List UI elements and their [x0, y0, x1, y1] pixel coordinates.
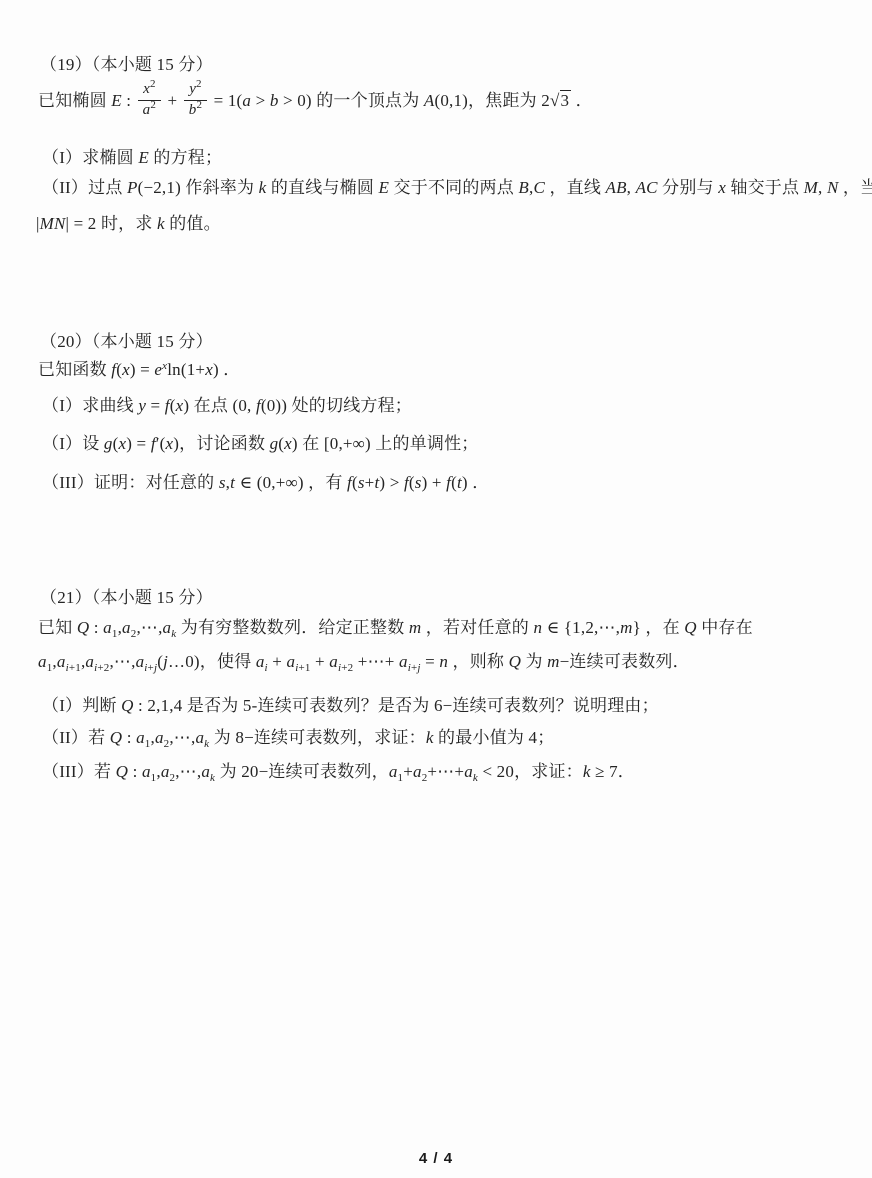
page-number: 4 / 4 [0, 1150, 872, 1167]
problem-20-statement: 已知函数 f(x) = exln(1+x) ． [38, 358, 240, 383]
problem-20-part-2: （I）设 g(x) = f′(x)，讨论函数 g(x) 在 [0,+∞) 上的单… [42, 432, 479, 457]
exam-page: （19）（本小题 15 分） 已知椭圆 E : x2a2 + y2b2 = 1(… [0, 0, 872, 1178]
problem-21-statement-line-1: 已知 Q : a1,a2,⋯,ak 为有穷整数数列．给定正整数 m ，若对任意的… [38, 616, 753, 641]
problem-21-part-3: （III）若 Q : a1,a2,⋯,ak 为 20−连续可表数列，a1+a2+… [42, 760, 635, 785]
problem-19-part-1: （I）求椭圆 E 的方程； [42, 146, 222, 171]
problem-21-header: （21）（本小题 15 分） [40, 586, 213, 611]
problem-21-statement-line-2: a1,ai+1,ai+2,⋯,ai+j(j…0)，使得 ai + ai+1 + … [38, 650, 690, 675]
problem-20-part-3: （III）证明：对任意的 s,t ∈ (0,+∞) ，有 f(s+t) > f(… [42, 471, 489, 496]
problem-19-part-2-continuation: |MN| = 2 时，求 k 的值。 [36, 212, 221, 237]
problem-21-part-1: （I）判断 Q : 2,1,4 是否为 5-连续可表数列？是否为 6−连续可表数… [42, 694, 659, 719]
problem-20-header: （20）（本小题 15 分） [40, 330, 213, 355]
problem-19-part-2: （II）过点 P(−2,1) 作斜率为 k 的直线与椭圆 E 交于不同的两点 B… [42, 176, 872, 201]
problem-20-part-1: （I）求曲线 y = f(x) 在点 (0, f(0)) 处的切线方程； [42, 394, 412, 419]
fraction: x2a2 [138, 80, 161, 120]
fraction: y2b2 [184, 80, 207, 120]
problem-19-header: （19）（本小题 15 分） [40, 53, 213, 78]
problem-19-statement: 已知椭圆 E : x2a2 + y2b2 = 1(a > b > 0) 的一个顶… [38, 82, 593, 122]
square-root: √3 [550, 90, 571, 110]
problem-21-part-2: （II）若 Q : a1,a2,⋯,ak 为 8−连续可表数列，求证：k 的最小… [42, 726, 554, 751]
